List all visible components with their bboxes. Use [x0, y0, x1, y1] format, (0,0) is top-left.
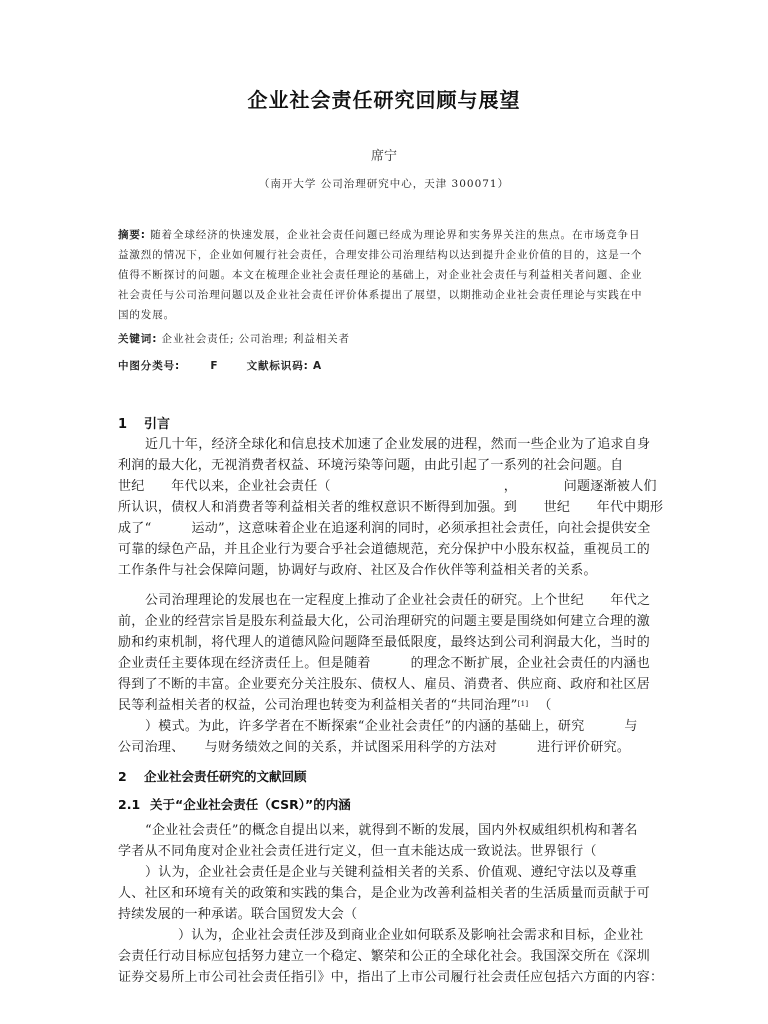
text-line: 持续发展的一种承诺。联合国贸发大会（ [118, 906, 650, 924]
doc-code-value: A [313, 360, 322, 372]
text-line: 学者从不同角度对企业社会责任进行定义，但一直未能达成一致说法。世界银行（ [118, 843, 650, 861]
document-page: 企业社会责任研究回顾与展望 席宁 （南开大学 公司治理研究中心，天津 30007… [0, 0, 768, 1024]
section-heading-2: 2企业社会责任研究的文献回顾 [118, 767, 307, 785]
text-line: 近几十年，经济全球化和信息技术加速了企业发展的进程，然而一些企业为了追求自身 [118, 436, 650, 454]
text-line: 人、社区和环境有关的政策和实践的集合，是企业为改善利益相关者的生活质量而贡献于可 [118, 885, 650, 903]
text-line: “企业社会责任”的概念自提出以来，就得到不断的发展，国内外权威组织机构和著名 [118, 822, 650, 840]
text-line: 企业责任主要体现在经济责任上。但是随着 的理念不断扩展，企业社会责任的内涵也 [118, 655, 650, 673]
text-line: 证券交易所上市公司社会责任指引》中，指出了上市公司履行社会责任应包括六方面的内容… [118, 969, 650, 987]
abstract-label: 摘要: [118, 229, 146, 241]
paper-title: 企业社会责任研究回顾与展望 [0, 84, 768, 113]
keywords-line: 关键词: 企业社会责任; 公司治理; 利益相关者 [118, 331, 350, 346]
section-heading-1: 1引言 [118, 413, 170, 432]
classification-line: 中图分类号: F 文献标识码: A [118, 358, 322, 373]
citation-ref[interactable]: [1] [518, 700, 529, 708]
text-line: 励和约束机制，将代理人的道德风险问题降至最低限度，最终达到公司利润最大化，当时的 [118, 634, 650, 652]
text-line: ）认为，企业社会责任涉及到商业企业如何联系及影响社会需求和目标，企业社 [118, 927, 650, 945]
text-line: 公司治理、 与财务绩效之间的关系，并试图采用科学的方法对 进行评价研究。 [118, 739, 650, 757]
abstract-line: 摘要: 随着全球经济的快速发展，企业社会责任问题已经成为理论界和实务界关注的焦点… [118, 228, 650, 242]
text-line: 公司治理理论的发展也在一定程度上推动了企业社会责任的研究。上个世纪 年代之 [118, 592, 650, 610]
text-line: 民等利益相关者的权益，公司治理也转变为利益相关者的“共同治理”[1]（ [118, 697, 650, 715]
text-line: 会责任行动目标应包括努力建立一个稳定、繁荣和公正的全球化社会。我国深交所在《深圳 [118, 948, 650, 966]
text-line: 世纪 年代以来，企业社会责任（ ， 问题逐渐被人们 [118, 478, 650, 496]
subsection-heading-2-1: 2.1关于“企业社会责任（CSR）”的内涵 [118, 795, 351, 813]
text-line: 所认识，债权人和消费者等利益相关者的维权意识不断得到加强。到 世纪 年代中期形 [118, 499, 650, 517]
text-line: 可靠的绿色产品，并且企业行为要合乎社会道德规范，充分保护中小股东权益，重视员工的 [118, 541, 650, 559]
keywords-label: 关键词: [118, 333, 157, 345]
abstract-line: 国的发展。 [118, 308, 650, 322]
text-line: 工作条件与社会保障问题，协调好与政府、社区及合作伙伴等利益相关者的关系。 [118, 562, 650, 580]
text-line: 前，企业的经营宗旨是股东利益最大化，公司治理研究的问题主要是围绕如何建立合理的激 [118, 613, 650, 631]
text-line: ）模式。为此，许多学者在不断探索“企业社会责任”的内涵的基础上，研究 与 [118, 718, 650, 736]
text-line: 得到了不断的丰富。企业要充分关注股东、债权人、雇员、消费者、供应商、政府和社区居 [118, 676, 650, 694]
text-line: 成了“ 运动”，这意味着企业在追逐利润的同时，必须承担社会责任，向社会提供安全 [118, 520, 650, 538]
classification-value: F [210, 360, 242, 372]
text-line: 利润的最大化，无视消费者权益、环境污染等问题，由此引起了一系列的社会问题。自 [118, 457, 650, 475]
author-name: 席宁 [0, 145, 768, 164]
abstract-line: 社会责任与公司治理问题以及企业社会责任评价体系提出了展望，以期推动企业社会责任理… [118, 288, 650, 302]
classification-label: 中图分类号: [118, 360, 180, 372]
keywords-value: 企业社会责任; 公司治理; 利益相关者 [157, 333, 350, 345]
abstract-line: 益激烈的情况下，企业如何履行社会责任，合理安排公司治理结构以达到提升企业价值的目… [118, 248, 650, 262]
author-affiliation: （南开大学 公司治理研究中心，天津 300071） [0, 176, 768, 191]
doc-code-label: 文献标识码: [247, 360, 309, 372]
text-line: ）认为，企业社会责任是企业与关键利益相关者的关系、价值观、遵纪守法以及尊重 [118, 864, 650, 882]
abstract-line: 值得不断探讨的问题。本文在梳理企业社会责任理论的基础上，对企业社会责任与利益相关… [118, 268, 650, 282]
